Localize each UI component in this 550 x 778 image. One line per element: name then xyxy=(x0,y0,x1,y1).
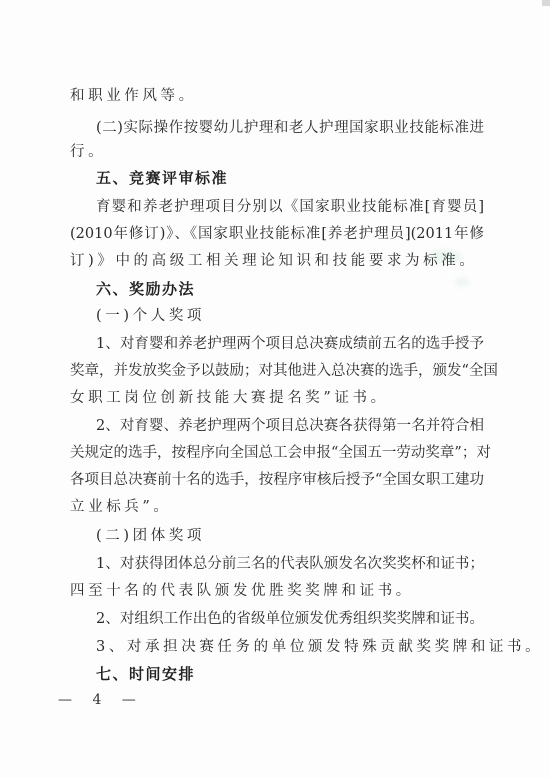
subsection-heading: (一)个人奖项 xyxy=(96,307,205,325)
body-line: 行。 xyxy=(70,143,106,161)
section-heading: 五、竞赛评审标准 xyxy=(96,169,228,187)
body-line: 订)》中的高级工相关理论知识和技能要求为标准。 xyxy=(70,252,477,270)
section-heading: 六、奖励办法 xyxy=(96,280,195,298)
body-line: 各项目总决赛前十名的选手，按程序审核后授予“全国女职工建功 xyxy=(70,471,484,489)
subsection-heading: (二)团体奖项 xyxy=(96,527,205,545)
body-line: 3、对承担决赛任务的单位颁发特殊贡献奖奖牌和证书。 xyxy=(96,638,543,656)
page-number: — 4 — xyxy=(58,692,144,708)
scan-smudge xyxy=(455,278,469,286)
scan-artifact xyxy=(542,0,550,6)
body-line: 育婴和养老护理项目分别以《国家职业技能标准[育婴员] xyxy=(96,198,484,216)
body-line: 2、对育婴、养老护理两个项目总决赛各获得第一名并符合相 xyxy=(96,417,484,435)
body-line: (2010年修订)》、《国家职业技能标准[养老护理员](2011年修 xyxy=(70,225,484,243)
body-line: 女职工岗位创新技能大赛提名奖”证书。 xyxy=(70,389,389,407)
body-line: 2、对组织工作出色的省级单位颁发优秀组织奖奖牌和证书。 xyxy=(96,610,484,628)
body-line: 奖章，并发放奖金予以鼓励；对其他进入总决赛的选手，颁发“全国 xyxy=(70,362,484,380)
body-line: 1、对育婴和养老护理两个项目总决赛成绩前五名的选手授予 xyxy=(96,335,484,353)
body-line: 和职业作风等。 xyxy=(70,87,197,105)
body-line: 1、对获得团体总分前三名的代表队颁发名次奖奖杯和证书； xyxy=(96,555,484,573)
body-line: (二)实际操作按婴幼儿护理和老人护理国家职业技能标准进 xyxy=(96,119,484,137)
body-line: 四至十名的代表队颁发优胜奖奖牌和证书。 xyxy=(70,582,414,600)
section-heading: 七、时间安排 xyxy=(96,665,195,683)
body-line: 立业标兵”。 xyxy=(70,498,172,516)
body-line: 关规定的选手，按程序向全国总工会申报“全国五一劳动奖章”；对 xyxy=(70,444,484,462)
